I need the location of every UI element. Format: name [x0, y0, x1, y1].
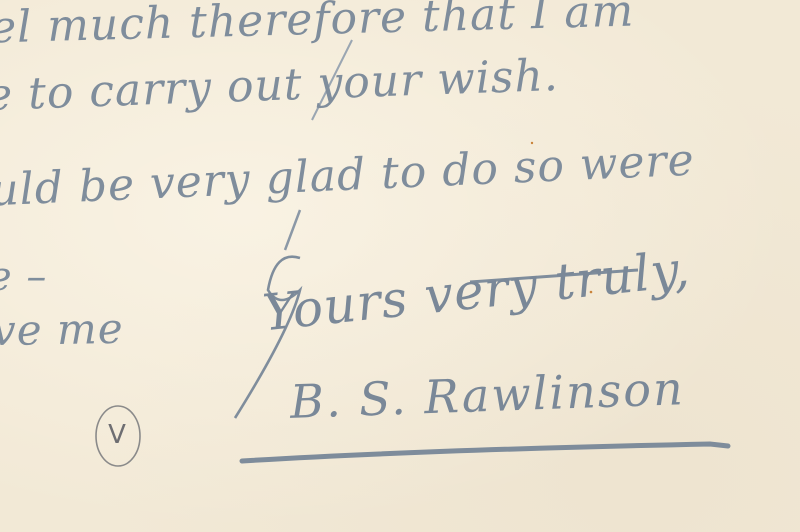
- letter-page: el much therefore that I am e to carry o…: [0, 0, 800, 532]
- signature: B. S. Rawlinson: [289, 361, 685, 429]
- descender-stroke: [285, 210, 300, 250]
- closing-salutation: Yours very truly,: [260, 240, 693, 343]
- signature-underline: [242, 444, 728, 461]
- pencil-check-mark-icon: V: [92, 405, 142, 465]
- letter-line-1: el much therefore that I am: [0, 0, 635, 53]
- letter-line-5: ve me: [0, 304, 124, 355]
- letter-line-2: e to carry out your wish.: [0, 50, 560, 121]
- letter-line-3: uld be very glad to do so were: [0, 135, 696, 217]
- letter-line-4: e –: [0, 254, 47, 300]
